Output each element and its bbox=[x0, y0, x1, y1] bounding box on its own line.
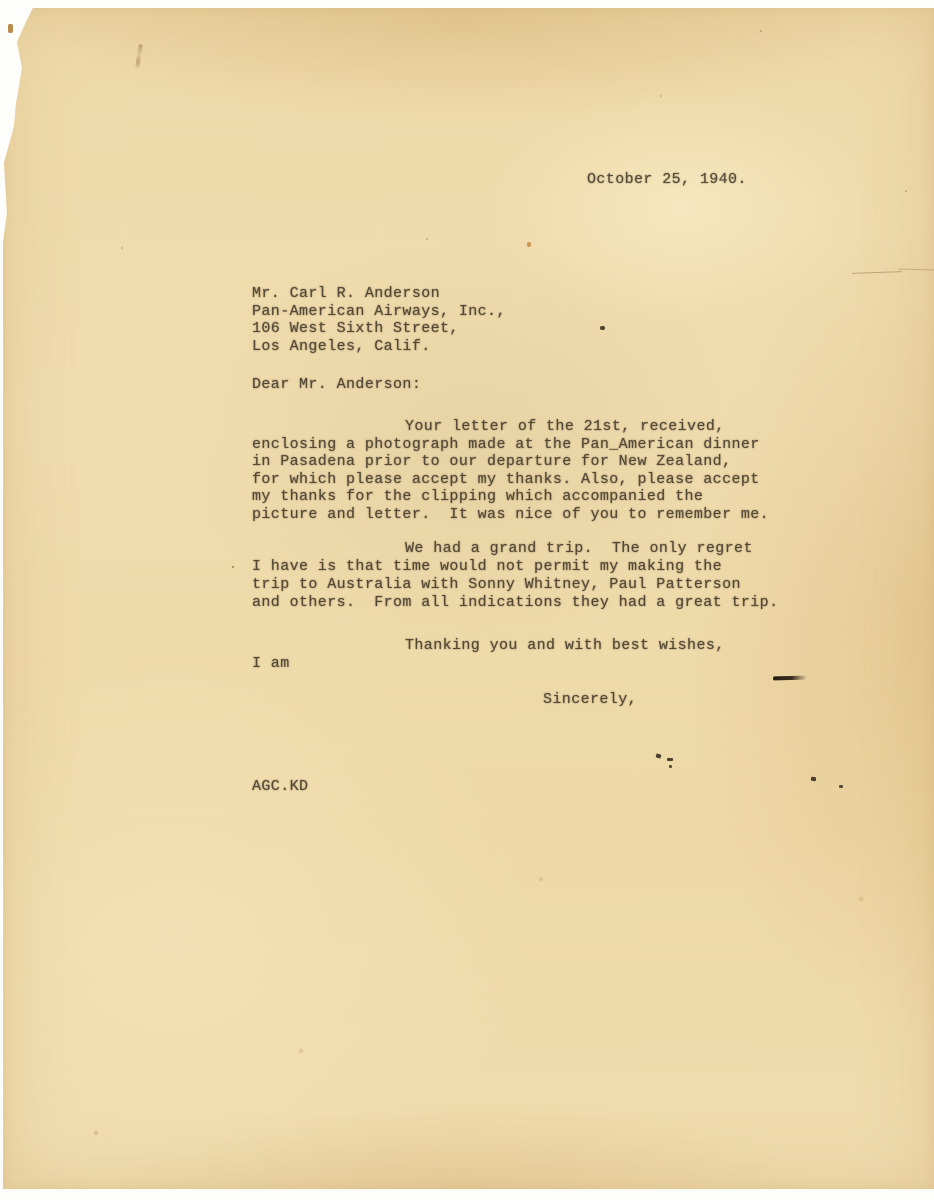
body-line: for which please accept my thanks. Also,… bbox=[252, 471, 760, 488]
ink-speck bbox=[811, 777, 817, 782]
body-line: Your letter of the 21st, received, bbox=[405, 418, 725, 435]
typist-initials-line: AGC.KD bbox=[252, 778, 308, 795]
scanned-letter-page: October 25, 1940. Mr. Carl R. Anderson P… bbox=[0, 0, 934, 1200]
body-line: trip to Australia with Sonny Whitney, Pa… bbox=[252, 576, 741, 593]
recipient-name-line: Mr. Carl R. Anderson bbox=[252, 285, 440, 302]
ink-speck bbox=[669, 765, 672, 768]
body-line: picture and letter. It was nice of you t… bbox=[252, 506, 769, 523]
date-line: October 25, 1940. bbox=[587, 171, 747, 188]
recipient-company-line: Pan-American Airways, Inc., bbox=[252, 303, 506, 320]
letter-text-layer: October 25, 1940. Mr. Carl R. Anderson P… bbox=[0, 0, 934, 1200]
salutation-line: Dear Mr. Anderson: bbox=[252, 376, 421, 393]
recipient-street-line: 106 West Sixth Street, bbox=[252, 320, 459, 337]
body-line: enclosing a photograph made at the Pan_A… bbox=[252, 436, 760, 453]
recipient-city-line: Los Angeles, Calif. bbox=[252, 338, 431, 355]
closing-line: I am bbox=[252, 655, 290, 672]
signoff-line: Sincerely, bbox=[543, 691, 637, 708]
ink-speck bbox=[600, 326, 605, 330]
closing-line: Thanking you and with best wishes, bbox=[405, 637, 725, 654]
body-line: We had a grand trip. The only regret bbox=[405, 540, 753, 557]
ink-speck bbox=[667, 758, 673, 761]
body-line: I have is that time would not permit my … bbox=[252, 558, 722, 575]
body-line: my thanks for the clipping which accompa… bbox=[252, 488, 703, 505]
body-line: in Pasadena prior to our departure for N… bbox=[252, 453, 731, 470]
ink-speck bbox=[839, 785, 843, 788]
body-line: and others. From all indications they ha… bbox=[252, 594, 778, 611]
